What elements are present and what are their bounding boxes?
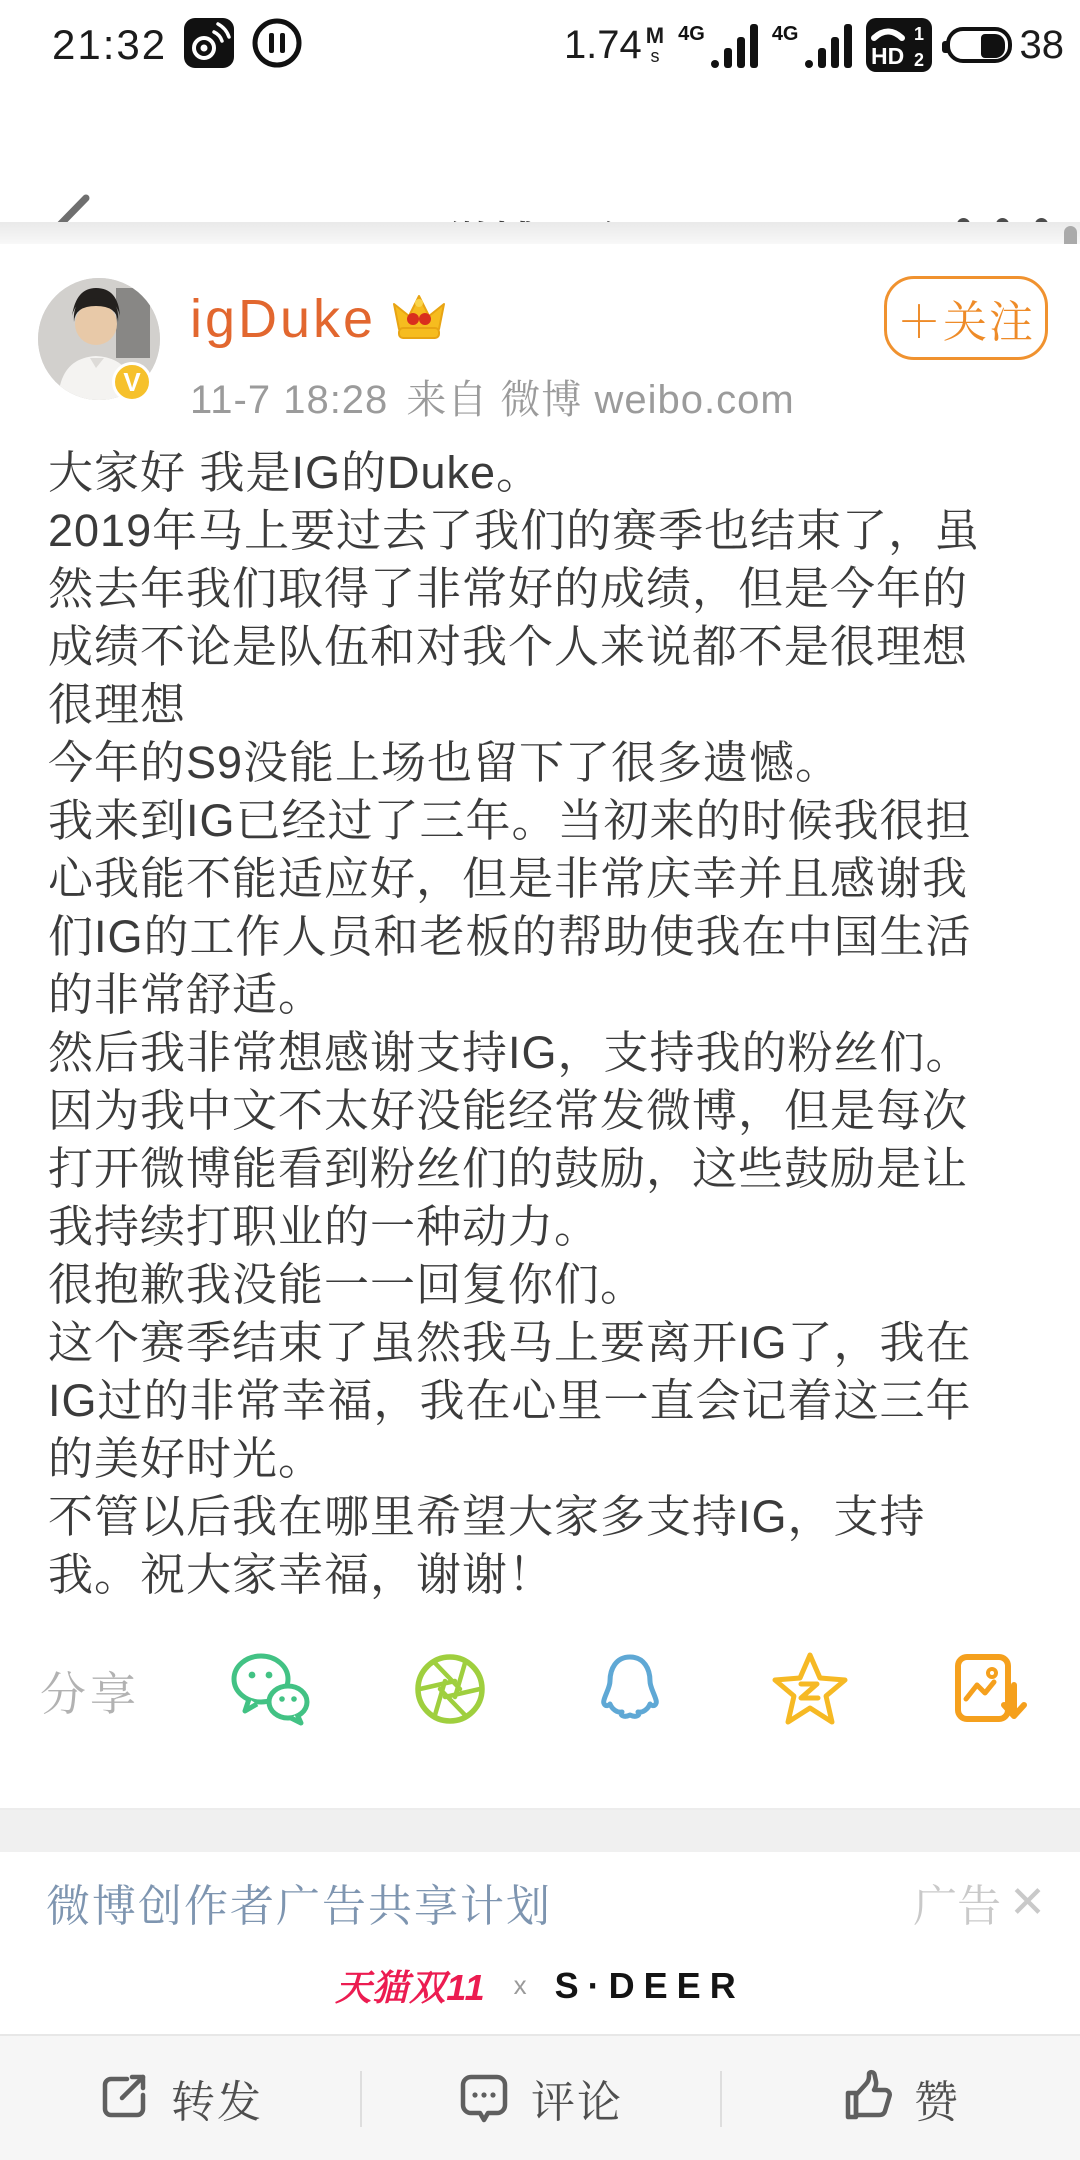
post-card: V igDuke 11-7 18:28来自 微博 weibo.com ＋关注 大… — [0, 244, 1080, 1808]
post-body-line: 因为我中文不太好没能经常发微博，但是每次 — [48, 1082, 1048, 1140]
battery-percent: 38 — [1020, 23, 1065, 68]
comment-icon — [457, 2069, 511, 2128]
post-body-line: 我。祝大家幸福，谢谢！ — [48, 1546, 1048, 1604]
post-body-line: 成绩不论是队伍和对我个人来说都不是很理想 — [48, 618, 1048, 676]
comment-button[interactable]: 评论 — [360, 2036, 720, 2160]
post-body-line: 不管以后我在哪里希望大家多支持IG，支持 — [48, 1488, 1048, 1546]
ad-program-link[interactable]: 微博创作者广告共享计划 — [46, 1870, 552, 1934]
post-body-line: 我持续打职业的一种动力。 — [48, 1198, 1048, 1256]
svg-text:HD: HD — [871, 43, 904, 69]
ad-brands[interactable]: 天猫双11 x S·DEER — [0, 1960, 1080, 2011]
status-bar: 21:32 1.74 M s 4G — [0, 0, 1080, 88]
share-qq[interactable] — [540, 1651, 720, 1732]
share-row: 分享 — [0, 1636, 1080, 1746]
share-save-image[interactable] — [900, 1651, 1080, 1732]
ad-card: 微博创作者广告共享计划 广告 ✕ 天猫双11 x S·DEER — [0, 1852, 1080, 2032]
like-button[interactable]: 赞 — [720, 2036, 1080, 2160]
post-body-line: 2019年马上要过去了我们的赛季也结束了，虽 — [48, 502, 1048, 560]
wechat-moments-icon — [412, 1651, 488, 1732]
post-body-line: 然去年我们取得了非常好的成绩，但是今年的 — [48, 560, 1048, 618]
brand-separator: x — [514, 1970, 527, 2001]
sdeer-logo: S·DEER — [555, 1965, 745, 2007]
signal-bars-sim1: 4G — [678, 22, 758, 68]
post-time: 11-7 18:28 — [190, 378, 388, 422]
wechat-icon — [227, 1651, 313, 1732]
like-label: 赞 — [914, 2066, 960, 2130]
post-body-line: 很理想 — [48, 676, 1048, 734]
ad-close-icon[interactable]: ✕ — [1009, 1877, 1046, 1928]
nav-shadow — [0, 222, 1080, 244]
post-source[interactable]: 来自 微博 weibo.com — [406, 378, 794, 422]
battery-icon: 38 — [946, 23, 1065, 68]
post-body-line: 的美好时光。 — [48, 1430, 1048, 1488]
repost-icon — [97, 2069, 151, 2128]
qq-icon — [592, 1651, 668, 1732]
bottom-action-bar: 转发 评论 赞 — [0, 2034, 1080, 2160]
weibo-app-icon — [183, 17, 235, 74]
post-body: 大家好 我是IG的Duke。2019年马上要过去了我们的赛季也结束了，虽然去年我… — [48, 444, 1048, 1604]
post-body-line: 我来到IG已经过了三年。当初来的时候我很担 — [48, 792, 1048, 850]
like-icon — [840, 2069, 894, 2128]
network-speed: 1.74 M s — [564, 23, 664, 68]
qzone-icon — [770, 1651, 850, 1732]
share-qzone[interactable] — [720, 1651, 900, 1732]
post-body-line: 们IG的工作人员和老板的帮助使我在中国生活 — [48, 908, 1048, 966]
svg-text:1: 1 — [914, 24, 924, 44]
author-name[interactable]: igDuke — [190, 288, 376, 350]
post-body-line: 的非常舒适。 — [48, 966, 1048, 1024]
share-wechat[interactable] — [180, 1651, 360, 1732]
post-meta: 11-7 18:28来自 微博 weibo.com — [190, 368, 813, 425]
status-time: 21:32 — [52, 21, 167, 69]
volte-hd-icon: HD 1 2 — [866, 18, 932, 72]
share-moments[interactable] — [360, 1651, 540, 1732]
signal-bars-sim2: 4G — [772, 22, 852, 68]
screen-record-pause-icon — [251, 17, 303, 74]
ad-tag: 广告 — [913, 1870, 1001, 1934]
comment-label: 评论 — [531, 2066, 623, 2130]
tmall-logo: 天猫双11 — [335, 1960, 485, 2011]
nav-bar: 微博正文 — [0, 88, 1080, 222]
post-body-line: 打开微博能看到粉丝们的鼓励，这些鼓励是让 — [48, 1140, 1048, 1198]
repost-button[interactable]: 转发 — [0, 2036, 360, 2160]
follow-button[interactable]: ＋关注 — [884, 276, 1048, 360]
post-body-line: 今年的S9没能上场也留下了很多遗憾。 — [48, 734, 1048, 792]
vip-crown-icon — [390, 291, 448, 348]
post-body-line: 心我能不能适应好，但是非常庆幸并且感谢我 — [48, 850, 1048, 908]
post-body-line: IG过的非常幸福，我在心里一直会记着这三年 — [48, 1372, 1048, 1430]
post-body-line: 然后我非常想感谢支持IG，支持我的粉丝们。 — [48, 1024, 1048, 1082]
svg-text:2: 2 — [914, 50, 924, 70]
post-body-line: 这个赛季结束了虽然我马上要离开IG了，我在 — [48, 1314, 1048, 1372]
section-divider — [0, 1808, 1080, 1852]
share-label: 分享 — [40, 1658, 140, 1724]
share-label-item: 分享 — [0, 1658, 180, 1724]
post-body-line: 大家好 我是IG的Duke。 — [48, 444, 1048, 502]
verified-badge: V — [112, 362, 152, 402]
save-image-icon — [950, 1651, 1030, 1732]
post-body-line: 很抱歉我没能一一回复你们。 — [48, 1256, 1048, 1314]
repost-label: 转发 — [171, 2066, 263, 2130]
